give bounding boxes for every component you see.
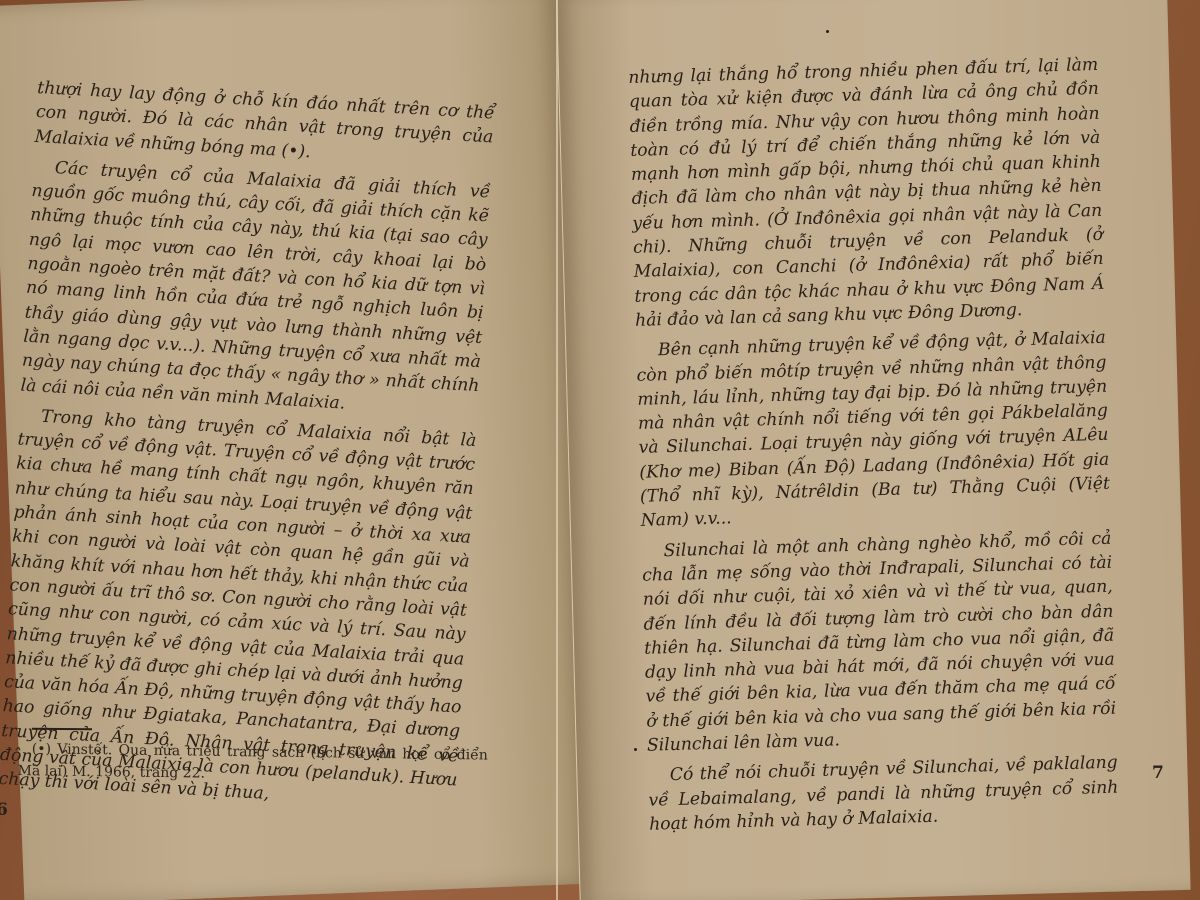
paper-speck [634,748,637,751]
right-page-body: nhưng lại thắng hổ trong nhiều phen đấu … [628,53,1120,843]
left-paragraph-2: Các truyện cổ của Malaixia đã giải thích… [20,155,491,423]
right-paragraph-4: Có thể nói chuỗi truyện về Silunchai, về… [647,751,1119,837]
paper-speck [826,30,829,33]
footnote: (•) Vinstết. Qua nửa triệu trang sách (l… [17,738,488,789]
left-page-number: 6 [0,800,8,820]
left-page-body: thượi hay lay động ở chỗ kín đáo nhất tr… [0,76,495,823]
right-paragraph-2: Bên cạnh những truyện kể về động vật, ở … [636,326,1111,533]
right-page-number: 7 [1152,763,1164,783]
book-spine [556,0,558,900]
right-paragraph-3: Silunchai là một anh chàng nghèo khổ, mồ… [641,526,1117,758]
right-paragraph-1: nhưng lại thắng hổ trong nhiều phen đấu … [628,53,1105,333]
